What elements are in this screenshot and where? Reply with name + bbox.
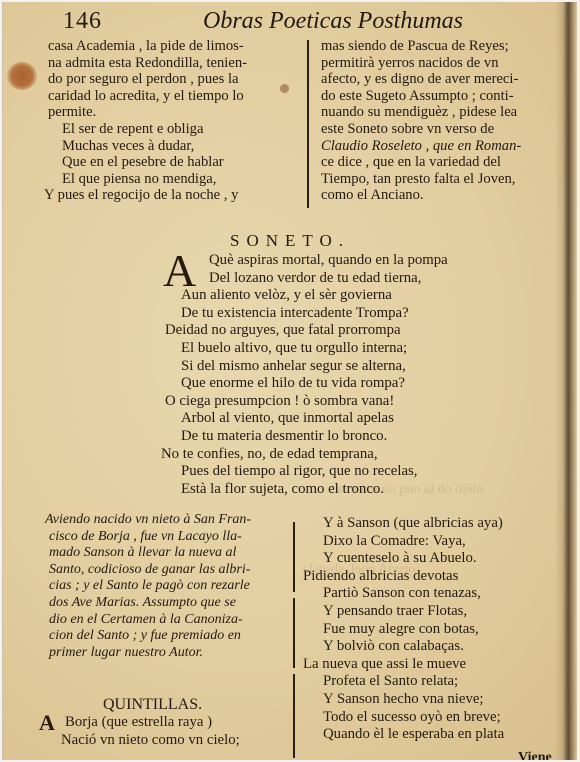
running-title: Obras Poeticas Posthumas: [203, 8, 463, 35]
verse-line: Y bolviò con calabaças.: [303, 638, 504, 656]
verse-line: Y cuenteselo à su Abuelo.: [303, 550, 504, 568]
verse-line: Y à Sanson (que albricias aya): [303, 515, 504, 533]
prose-line: caridad lo acredita, y el tiempo lo: [48, 88, 298, 105]
quintillas-drop-cap: A: [39, 710, 55, 736]
prose-line: Tiempo, tan presto falta el Joven,: [321, 171, 553, 188]
note-line: Santo, codicioso de ganar las albri-: [45, 562, 287, 579]
verse-line: Està la flor sujeta, como el tronco.: [179, 481, 448, 499]
prose-line: do por seguro el perdon , pues la: [48, 71, 298, 88]
sonnet-body: Què aspiras mortal, quando en la pompa D…: [179, 252, 448, 498]
prose-line: nuando su mendiguèz , pidese lea: [321, 104, 553, 121]
note-line: cisco de Borja , fue vn Lacayo lla-: [45, 529, 287, 546]
prose-line: permitirà yerros nacidos de vn: [321, 55, 553, 72]
verse-line: La nueva que assi le mueve: [303, 656, 504, 674]
note-line: primer lugar nuestro Autor.: [45, 645, 287, 662]
verse-line: Fue muy alegre con botas,: [303, 621, 504, 639]
quintillas-title: QUINTILLAS.: [103, 696, 202, 714]
verse-line: Que en el pesebre de hablar: [48, 154, 298, 171]
verse-line: De tu existencia intercadente Trompa?: [179, 305, 448, 323]
column-rule: [307, 40, 309, 208]
verse-line: El ser de repent e obliga: [48, 121, 298, 138]
prose-line: na admita esta Redondilla, tenien-: [48, 55, 298, 72]
verse-line: Aun aliento velòz, y el sèr govierna: [179, 287, 448, 305]
verse-line: El buelo altivo, que tu orgullo interna;: [179, 340, 448, 358]
verse-line: Que enorme el hilo de tu vida rompa?: [179, 375, 448, 393]
verse-line: Y Sanson hecho vna nieve;: [303, 691, 504, 709]
verse-line: Del lozano verdor de tu edad tierna,: [179, 270, 448, 288]
paper-stain: [7, 62, 37, 90]
page-gutter-shadow: [555, 2, 577, 760]
verse-line: Què aspiras mortal, quando en la pompa: [179, 252, 448, 270]
left-top-column: casa Academia , la pide de limos- na adm…: [48, 38, 298, 204]
right-bottom-column: Y à Sanson (que albricias aya) Dixo la C…: [303, 515, 504, 744]
prose-line: afecto, y es digno de aver mereci-: [321, 71, 553, 88]
italic-headnote: Aviendo nacido vn nieto à San Fran- cisc…: [45, 512, 287, 661]
prose-line: mas siendo de Pascua de Reyes;: [321, 38, 553, 55]
verse-line: Pidiendo albricias devotas: [303, 568, 504, 586]
quintillas-body: Borja (que estrella raya ) Nació vn niet…: [61, 713, 240, 749]
verse-line: O ciega presumpcion ! ò sombra vana!: [165, 393, 448, 411]
catchword: Viene: [518, 750, 552, 760]
sonnet-title: SONETO.: [3, 231, 577, 251]
verse-line: El que piensa no mendiga,: [48, 171, 298, 188]
prose-line: como el Anciano.: [321, 187, 553, 204]
verse-line: Partiò Sanson con tenazas,: [303, 585, 504, 603]
note-line: Aviendo nacido vn nieto à San Fran-: [45, 512, 287, 529]
column-rule: [293, 598, 295, 668]
verse-line: Quando èl le esperaba en plata: [303, 726, 504, 744]
verse-line: De tu materia desmentir lo bronco.: [179, 428, 448, 446]
verse-line: Arbol al viento, que inmortal apelas: [179, 410, 448, 428]
verse-line: Y pensando traer Flotas,: [303, 603, 504, 621]
verse-line: Nació vn nieto como vn cielo;: [61, 731, 240, 749]
note-line: dio en el Certamen à la Canoniza-: [45, 612, 287, 629]
prose-line: este Soneto sobre vn verso de: [321, 121, 553, 138]
column-rule: [293, 522, 295, 592]
prose-line: do este Sugeto Assumpto ; conti-: [321, 88, 553, 105]
note-line: cias ; y el Santo le pagò con rezarle: [45, 578, 287, 595]
prose-line: permite.: [48, 104, 298, 121]
column-rule: [293, 674, 295, 758]
verse-line: Si del mismo anhelar segur se alterna,: [179, 358, 448, 376]
prose-line: casa Academia , la pide de limos-: [48, 38, 298, 55]
verse-line: No te confies, no, de edad temprana,: [161, 446, 448, 464]
verse-line: Borja (que estrella raya ): [61, 713, 240, 731]
note-line: mado Sanson à llevar la nueva al: [45, 545, 287, 562]
verse-line: Deidad no arguyes, que fatal prorrompa: [165, 322, 448, 340]
page-number: 146: [63, 8, 102, 35]
page-header: 146 Obras Poeticas Posthumas: [63, 8, 533, 36]
verse-line: Muchas veces à dudar,: [48, 138, 298, 155]
prose-line: ce dice , que en la variedad del: [321, 154, 553, 171]
verse-line: Todo el sucesso oyò en breve;: [303, 709, 504, 727]
prose-line: Claudio Roseleto , que en Roman-: [321, 138, 553, 155]
prose-line: Y pues el regocijo de la noche , y: [44, 187, 298, 204]
verse-line: Dixo la Comadre: Vaya,: [303, 533, 504, 551]
note-line: dos Ave Marias. Assumpto que se: [45, 595, 287, 612]
verse-line: Profeta el Santo relata;: [303, 673, 504, 691]
right-top-column: mas siendo de Pascua de Reyes; permitirà…: [321, 38, 553, 204]
book-page: olelo ob la ouq oiramenmc otsvlA ooeL sb…: [2, 2, 577, 760]
verse-line: Pues del tiempo al rigor, que no recelas…: [179, 463, 448, 481]
note-line: cion del Santo ; y fue premiado en: [45, 628, 287, 645]
